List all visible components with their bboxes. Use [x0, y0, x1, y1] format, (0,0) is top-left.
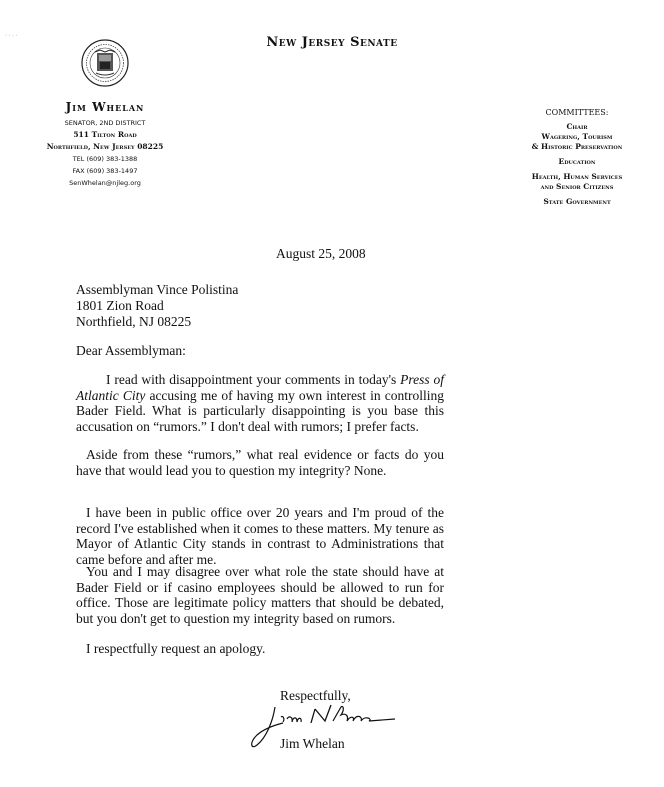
committees-heading: COMMITTEES:	[492, 108, 662, 117]
state-seal-icon	[80, 38, 130, 88]
body-paragraph: You and I may disagree over what role th…	[76, 564, 444, 626]
paragraph-text: I have been in public office over 20 yea…	[76, 505, 444, 567]
committee-item: Health, Human Services and Senior Citize…	[492, 172, 662, 192]
body-paragraph: I read with disappointment your comments…	[76, 372, 444, 434]
body-paragraph: Aside from these “rumors,” what real evi…	[76, 447, 444, 478]
paragraph-text: I respectfully request an apology.	[86, 641, 265, 656]
scan-speck: · · · ·	[5, 33, 18, 39]
committee-line: & Historic Preservation	[492, 142, 662, 152]
committee-line: Education	[492, 157, 662, 167]
committee-line: Wagering, Tourism	[492, 132, 662, 142]
sender-name: Jim Whelan	[0, 100, 210, 114]
sender-tel: TEL (609) 383-1388	[0, 153, 210, 165]
sender-street: 511 Tilton Road	[0, 129, 210, 141]
committee-line: State Government	[492, 197, 662, 207]
committee-item: Chair Wagering, Tourism & Historic Prese…	[492, 122, 662, 152]
paragraph-text: You and I may disagree over what role th…	[76, 564, 444, 626]
recipient-name: Assemblyman Vince Polistina	[76, 282, 238, 298]
sender-city: Northfield, New Jersey 08225	[0, 141, 210, 153]
committee-item: State Government	[492, 197, 662, 207]
recipient-city: Northfield, NJ 08225	[76, 314, 238, 330]
paragraph-text: I read with disappointment your comments…	[106, 372, 400, 387]
salutation: Dear Assemblyman:	[76, 343, 186, 359]
letterhead-title: New Jersey Senate	[232, 35, 432, 50]
recipient-address: Assemblyman Vince Polistina 1801 Zion Ro…	[76, 282, 238, 330]
sender-fax: FAX (609) 383-1497	[0, 165, 210, 177]
committees-block: COMMITTEES: Chair Wagering, Tourism & Hi…	[492, 108, 662, 212]
committee-line: Health, Human Services	[492, 172, 662, 182]
committee-line: and Senior Citizens	[492, 182, 662, 192]
body-paragraph: I respectfully request an apology.	[76, 641, 444, 657]
sender-position: SENATOR, 2ND DISTRICT	[0, 117, 210, 129]
sender-email: SenWhelan@njleg.org	[0, 177, 210, 189]
paragraph-text: Aside from these “rumors,” what real evi…	[76, 447, 444, 478]
body-paragraph: I have been in public office over 20 yea…	[76, 505, 444, 567]
recipient-street: 1801 Zion Road	[76, 298, 238, 314]
committee-item: Education	[492, 157, 662, 167]
letter-date: August 25, 2008	[276, 246, 366, 262]
signer-name: Jim Whelan	[280, 736, 345, 752]
sender-block: Jim Whelan SENATOR, 2ND DISTRICT 511 Til…	[0, 100, 210, 189]
committee-line: Chair	[492, 122, 662, 132]
